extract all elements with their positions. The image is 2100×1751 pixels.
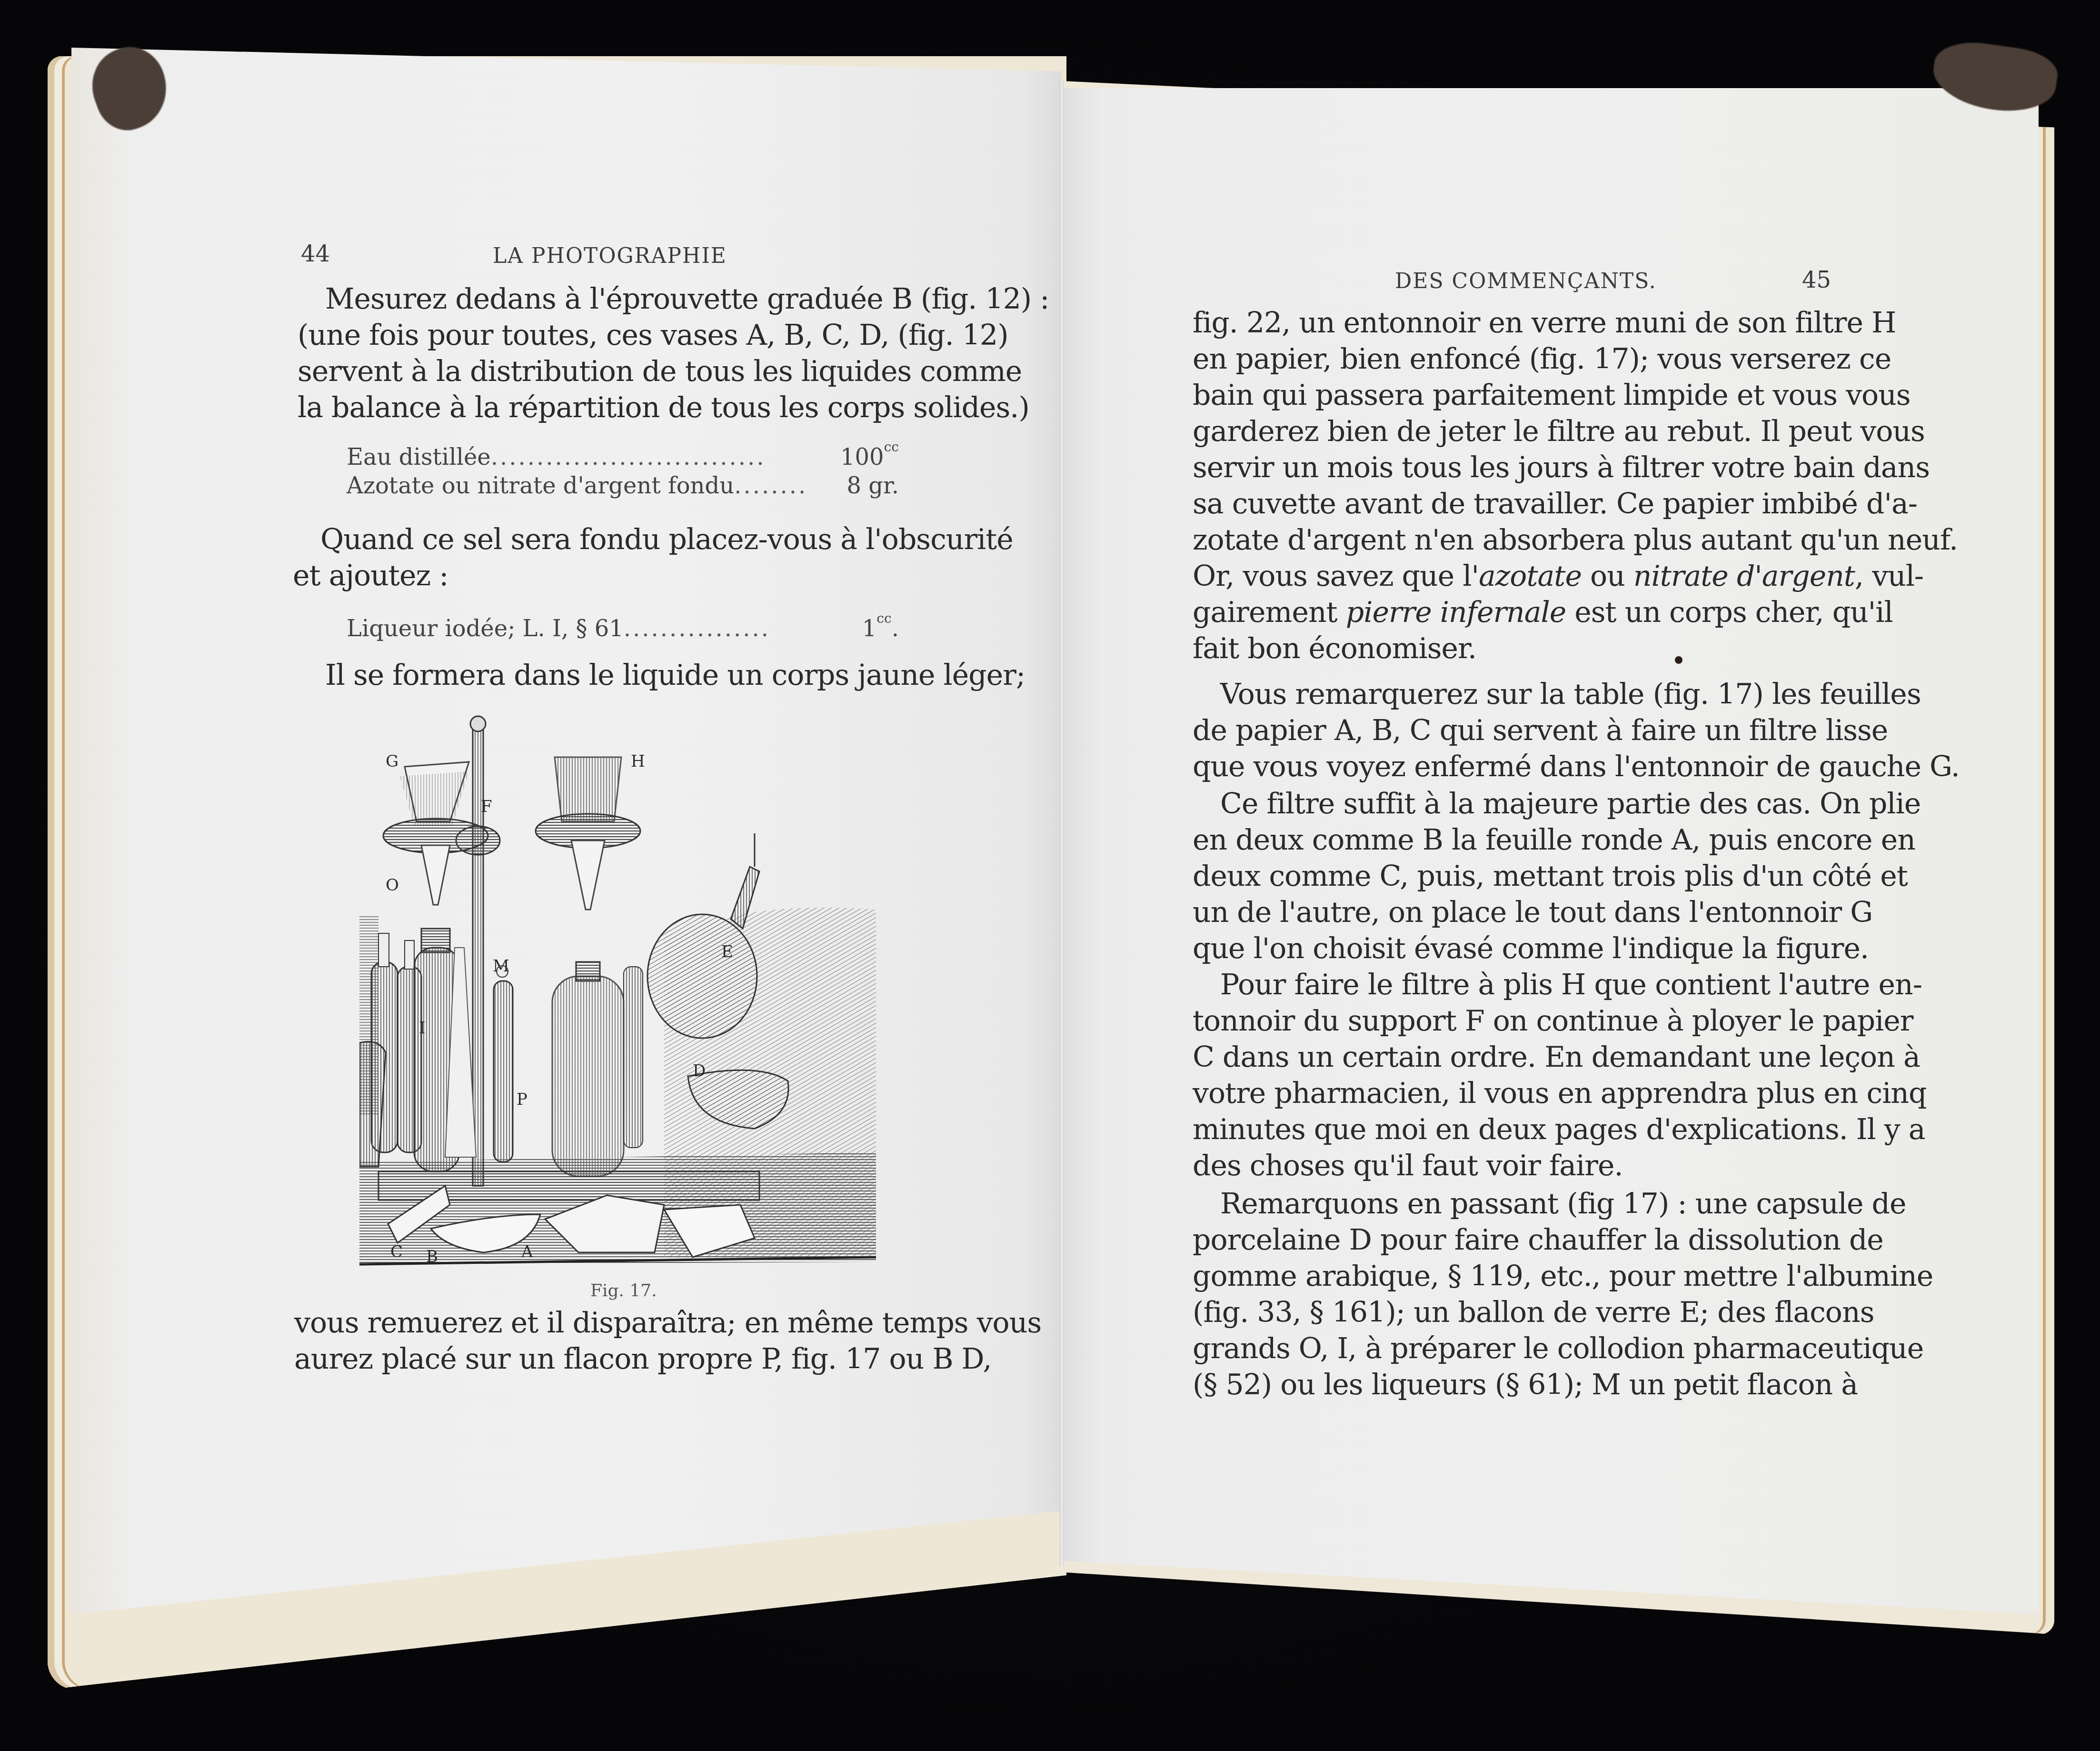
- text-line: (§ 52) ou les liqueurs (§ 61); M un peti…: [1193, 1367, 1826, 1403]
- recipe-row: Eau distillée ..........................…: [347, 443, 899, 471]
- text-line: votre pharmacien, il vous en apprendra p…: [1193, 1075, 1826, 1111]
- ingredient-quantity: 1cc.: [862, 614, 899, 643]
- figure-label-c: C: [390, 1242, 403, 1261]
- left-running-head: LA PHOTOGRAPHIE: [493, 244, 727, 268]
- right-paragraph-2: Vous remarquerez sur la table (fig. 17) …: [1193, 676, 1826, 785]
- text-line: et ajoutez :: [293, 558, 943, 594]
- text-line: porcelaine D pour faire chauffer la diss…: [1193, 1222, 1826, 1258]
- text-line: aurez placé sur un flacon propre P, fig.…: [294, 1341, 946, 1377]
- text-line: fait bon économiser.: [1193, 630, 1826, 667]
- left-paragraph-3: Il se formera dans le liquide un corps j…: [298, 657, 943, 693]
- text-line: (fig. 33, § 161); un ballon de verre E; …: [1193, 1294, 1826, 1331]
- left-page-number: 44: [301, 240, 330, 267]
- right-paragraph-3: Ce filtre suffit à la majeure partie des…: [1193, 786, 1826, 967]
- text-line: deux comme C, puis, mettant trois plis d…: [1193, 858, 1826, 894]
- text-line: en papier, bien enfoncé (fig. 17); vous …: [1193, 341, 1826, 377]
- leader-dots: ........: [734, 471, 832, 500]
- figure-label-g: G: [386, 752, 398, 771]
- recipe-row: Liqueur iodée; L. I, § 61 ..............…: [347, 614, 899, 643]
- ingredient-label: Eau distillée: [347, 443, 491, 471]
- figure-label-o: O: [386, 876, 399, 895]
- ingredient-quantity: 100cc: [840, 443, 899, 471]
- italic-term: pierre infernale: [1346, 596, 1566, 629]
- right-running-head: DES COMMENÇANTS.: [1395, 269, 1657, 293]
- leader-dots: ..............................: [491, 443, 826, 471]
- text-line: la balance à la répartition de tous les …: [298, 390, 947, 426]
- figure-label-m: M: [493, 957, 509, 976]
- text-line: en deux comme B la feuille ronde A, puis…: [1193, 822, 1826, 858]
- ingredient-label: Liqueur iodée; L. I, § 61: [347, 614, 624, 643]
- right-page-number: 45: [1802, 267, 1831, 293]
- text-line: vous remuerez et il disparaîtra; en même…: [294, 1305, 946, 1341]
- left-paragraph-1: Mesurez dedans à l'éprouvette graduée B …: [298, 281, 947, 426]
- text-line: des choses qu'il faut voir faire.: [1193, 1148, 1826, 1184]
- text-line: minutes que moi en deux pages d'explicat…: [1193, 1111, 1826, 1148]
- text-line: gomme arabique, § 119, etc., pour mettre…: [1193, 1258, 1826, 1294]
- text-line: tonnoir du support F on continue à ploye…: [1193, 1003, 1826, 1039]
- figure-caption: Fig. 17.: [590, 1281, 657, 1301]
- text-line: gairement pierre infernale est un corps …: [1193, 594, 1826, 630]
- leader-dots: ................: [624, 614, 848, 643]
- text-line: servent à la distribution de tous les li…: [298, 353, 947, 390]
- italic-term: azotate: [1479, 560, 1582, 593]
- left-paragraph-4: vous remuerez et il disparaîtra; en même…: [294, 1305, 946, 1377]
- text-line: bain qui passera parfaitement limpide et…: [1193, 377, 1826, 413]
- figure-label-d: D: [693, 1061, 706, 1081]
- text-line: sa cuvette avant de travailler. Ce papie…: [1193, 486, 1826, 522]
- recipe-row: Azotate ou nitrate d'argent fondu ......…: [347, 471, 899, 500]
- figure-label-b: B: [426, 1247, 438, 1266]
- text-line: grands O, I, à préparer le collodion pha…: [1193, 1331, 1826, 1367]
- text-line: un de l'autre, on place le tout dans l'e…: [1193, 894, 1826, 931]
- figure-label-h: H: [631, 752, 645, 771]
- figure-label-i: I: [419, 1019, 425, 1038]
- right-paragraph-4: Pour faire le filtre à plis H que contie…: [1193, 967, 1826, 1184]
- figure-label-a: A: [521, 1242, 533, 1261]
- text-line: Or, vous savez que l'azotate ou nitrate …: [1193, 558, 1826, 594]
- text-line: fig. 22, un entonnoir en verre muni de s…: [1193, 305, 1826, 341]
- recipe-list-1: Eau distillée ..........................…: [347, 443, 899, 500]
- text-line: servir un mois tous les jours à filtrer …: [1193, 450, 1826, 486]
- text-line: de papier A, B, C qui servent à faire un…: [1193, 712, 1826, 749]
- right-paragraph-1: fig. 22, un entonnoir en verre muni de s…: [1193, 305, 1826, 667]
- lab-apparatus-engraving: G H F O M E I P D C B A: [359, 710, 876, 1267]
- text-line: que vous voyez enfermé dans l'entonnoir …: [1193, 749, 1826, 785]
- figure-label-e: E: [721, 942, 733, 961]
- text-line: Vous remarquerez sur la table (fig. 17) …: [1193, 676, 1826, 712]
- text-line: garderez bien de jeter le filtre au rebu…: [1193, 413, 1826, 450]
- book-gutter: [1060, 81, 1064, 1567]
- text-line: C dans un certain ordre. En demandant un…: [1193, 1039, 1826, 1075]
- text-line: Pour faire le filtre à plis H que contie…: [1193, 967, 1826, 1003]
- text-line: Quand ce sel sera fondu placez-vous à l'…: [293, 521, 943, 558]
- text-line: Il se formera dans le liquide un corps j…: [298, 657, 943, 693]
- italic-term: nitrate d'argent: [1633, 560, 1855, 593]
- recipe-list-2: Liqueur iodée; L. I, § 61 ..............…: [347, 614, 899, 643]
- text-line: que l'on choisit évasé comme l'indique l…: [1193, 931, 1826, 967]
- text-line: Mesurez dedans à l'éprouvette graduée B …: [298, 281, 947, 317]
- ingredient-quantity: 8 gr.: [847, 471, 899, 500]
- text-line: (une fois pour toutes, ces vases A, B, C…: [298, 317, 947, 353]
- figure-label-p: P: [517, 1090, 527, 1109]
- ingredient-label: Azotate ou nitrate d'argent fondu: [347, 471, 734, 500]
- figure-17-illustration: G H F O M E I P D C B A: [359, 710, 876, 1267]
- text-line: zotate d'argent n'en absorbera plus auta…: [1193, 522, 1826, 558]
- left-paragraph-2: Quand ce sel sera fondu placez-vous à l'…: [293, 521, 943, 594]
- text-line: Ce filtre suffit à la majeure partie des…: [1193, 786, 1826, 822]
- text-line: Remarquons en passant (fig 17) : une cap…: [1193, 1186, 1826, 1222]
- figure-label-f: F: [481, 797, 492, 816]
- right-paragraph-5: Remarquons en passant (fig 17) : une cap…: [1193, 1186, 1826, 1403]
